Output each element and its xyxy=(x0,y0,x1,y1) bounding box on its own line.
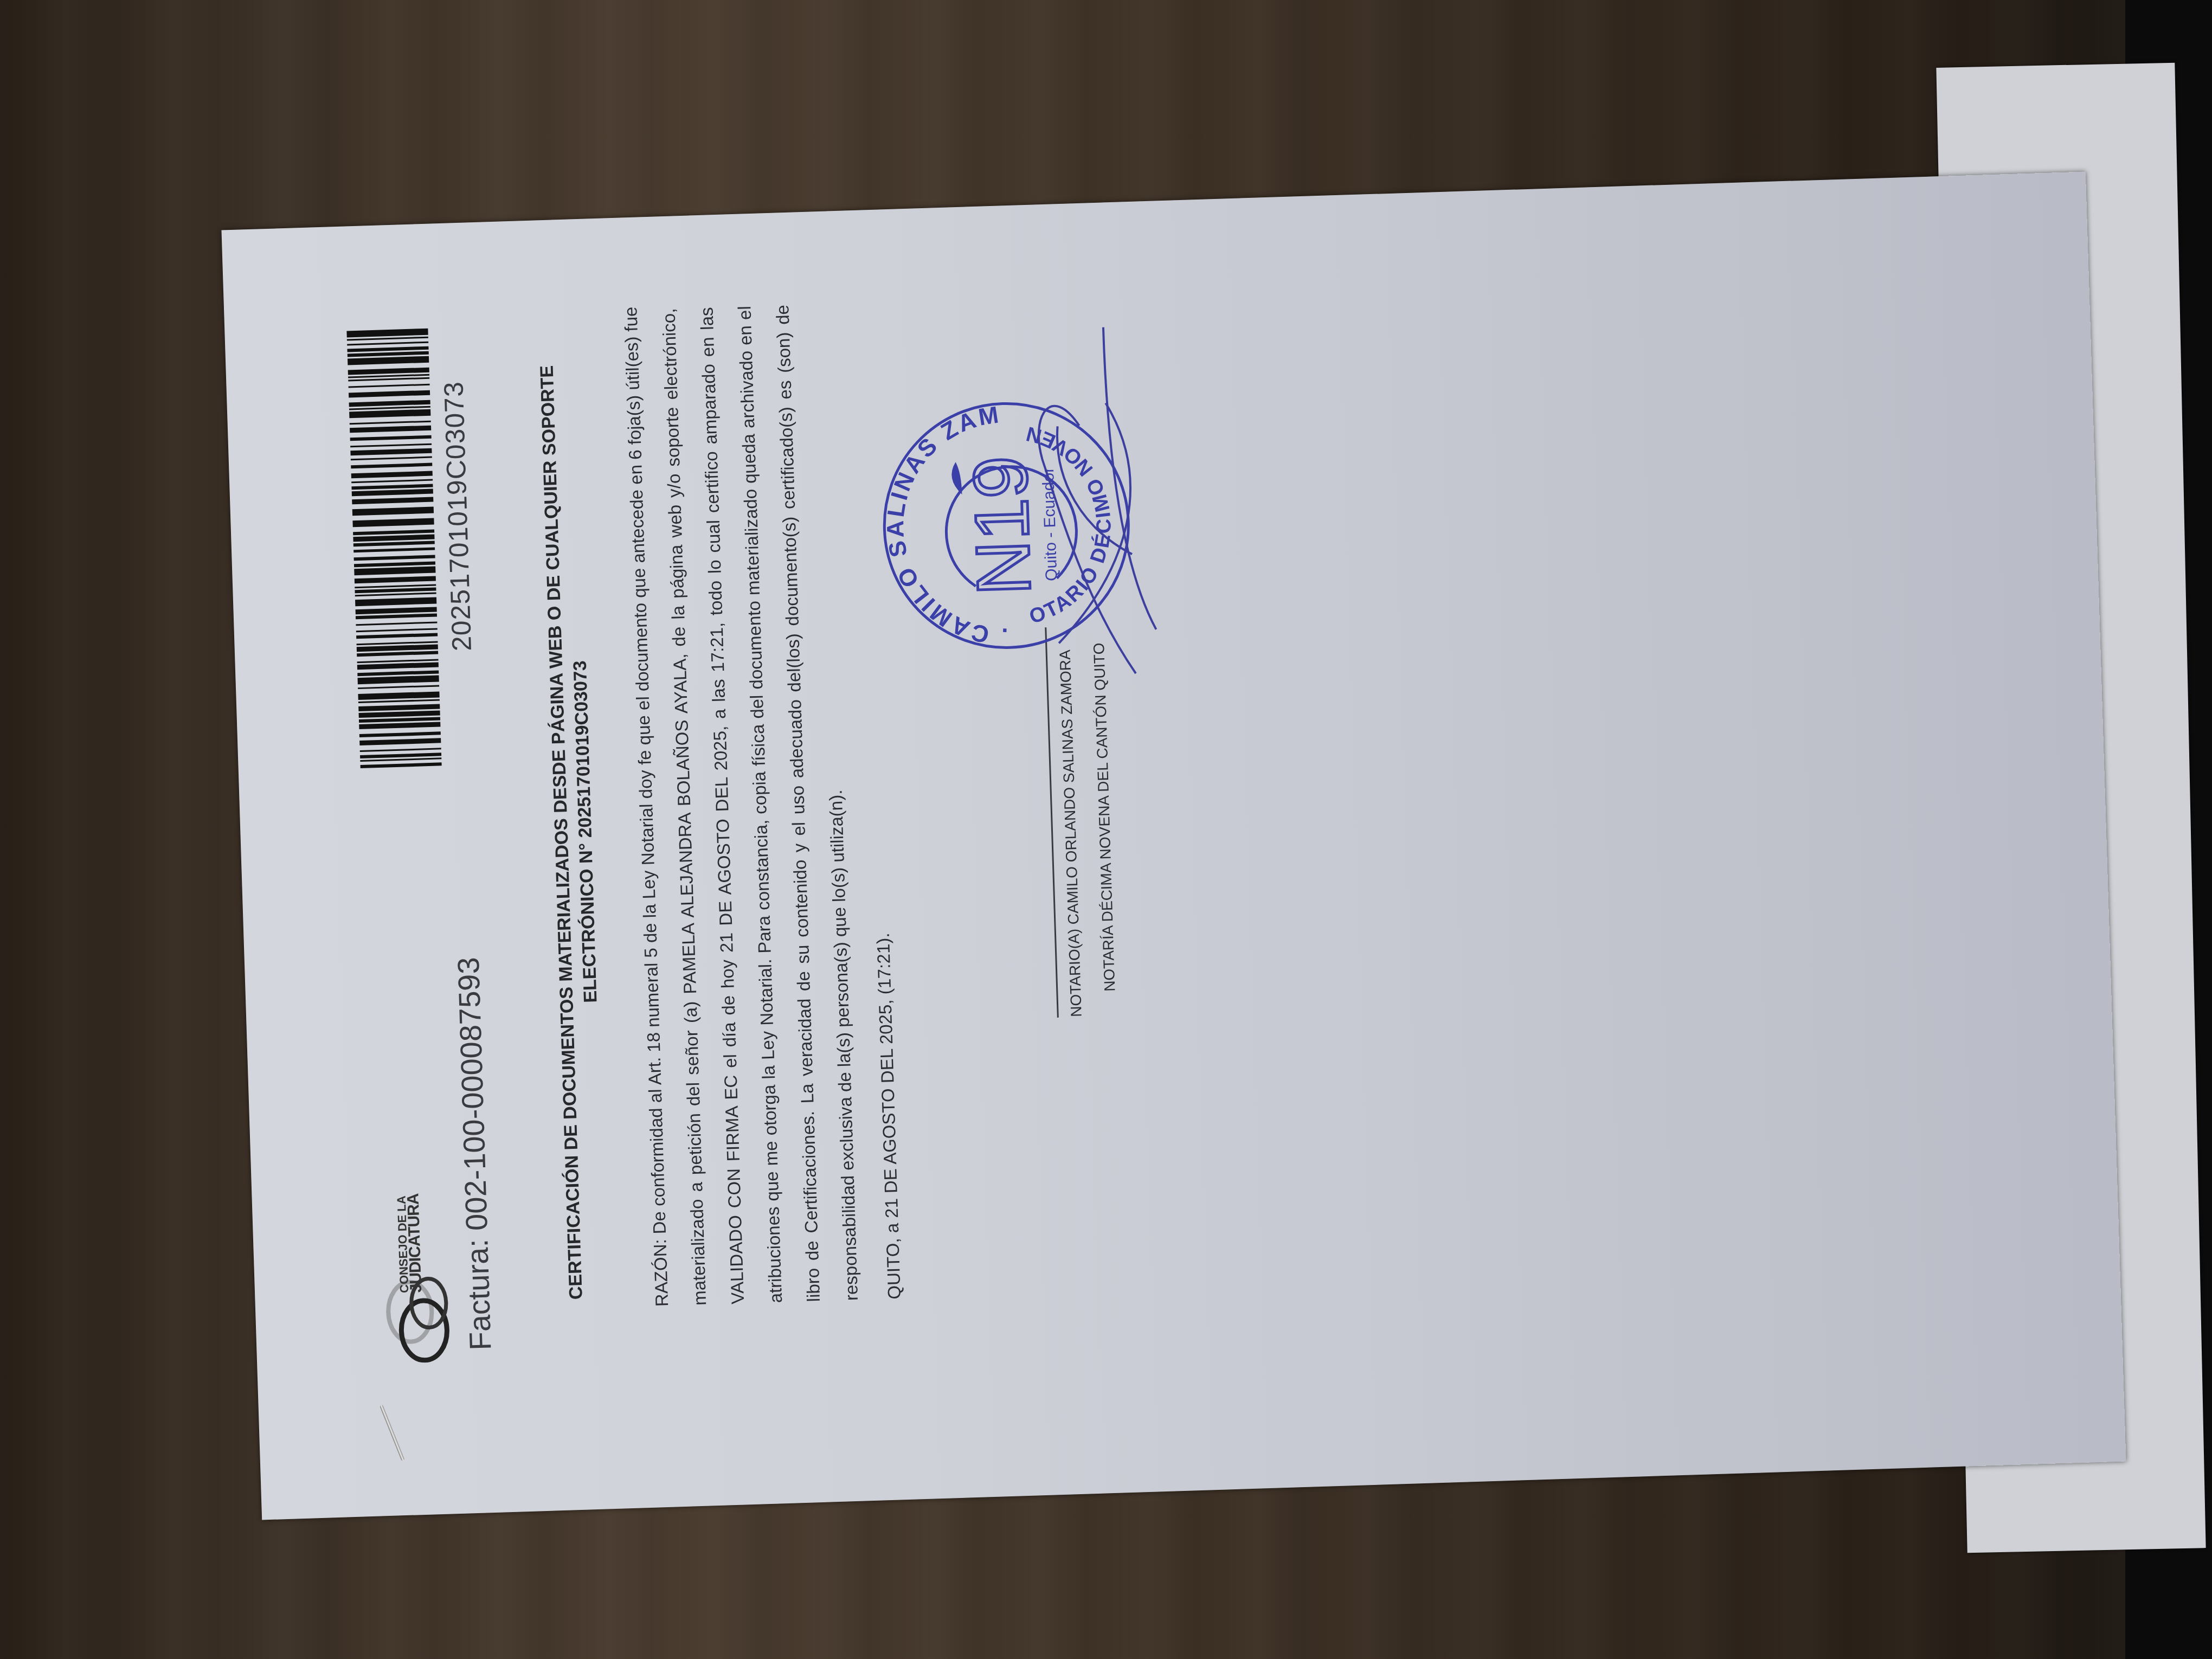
barcode xyxy=(346,327,441,768)
logo-line2: JUDICATURA xyxy=(407,1193,422,1293)
certificate-title: CERTIFICACIÓN DE DOCUMENTOS MATERIALIZAD… xyxy=(534,344,612,1321)
staple xyxy=(380,1405,404,1461)
barcode-number: 20251701019C03073 xyxy=(438,381,478,652)
judicatura-logo: CONSEJO DE LA JUDICATURA xyxy=(374,1188,455,1364)
notary-stamp: ABG. CAMILO SALINAS ZAMORA NOTARIO DÉCIM… xyxy=(820,292,1213,716)
place-date: QUITO, a 21 DE AGOSTO DEL 2025, (17:21). xyxy=(873,933,905,1300)
certificate-page: CONSEJO DE LA JUDICATURA Factura: 002-10… xyxy=(221,172,2126,1520)
stamp-number: N19 xyxy=(957,455,1046,597)
factura-number: Factura: 002-100-000087593 xyxy=(451,957,498,1351)
